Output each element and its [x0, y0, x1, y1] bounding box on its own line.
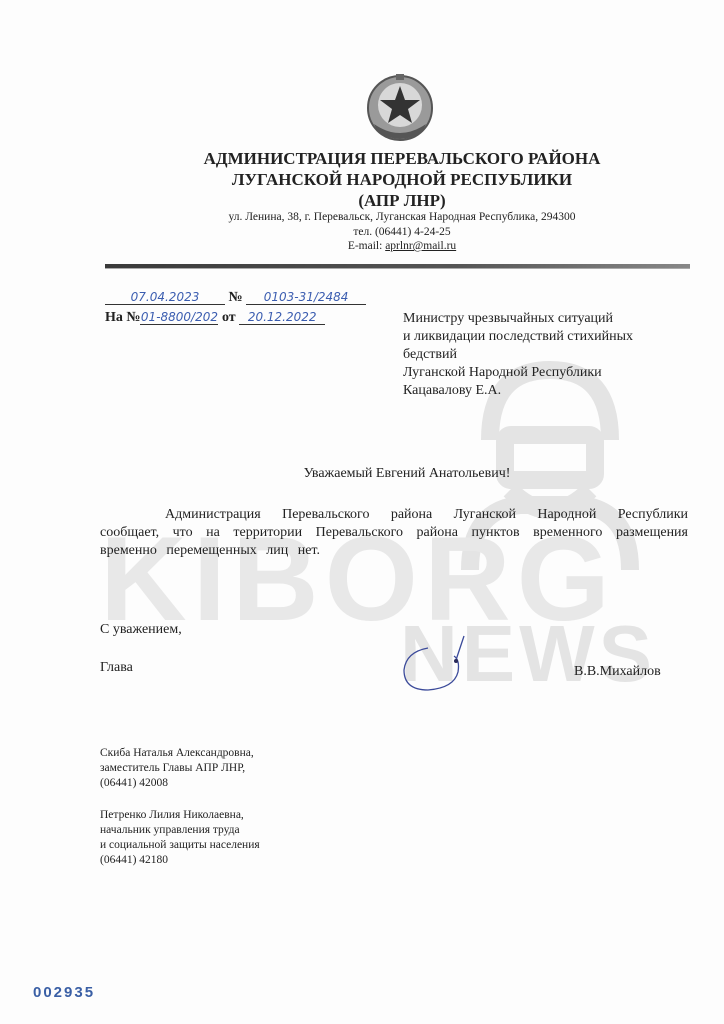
closing: С уважением,	[100, 622, 182, 638]
org-name-line2: ЛУГАНСКОЙ НАРОДНОЙ РЕСПУБЛИКИ	[0, 170, 724, 190]
contact-position: и социальной защиты населения	[100, 838, 260, 853]
incoming-reference: На №01-8800/202 от 20.12.2022	[105, 310, 325, 326]
contact-position: заместитель Главы АПР ЛНР,	[100, 761, 254, 776]
addressee-line: и ликвидации последствий стихийных	[403, 328, 633, 346]
reply-from-label: от	[222, 310, 236, 325]
org-abbreviation: (АПР ЛНР)	[0, 191, 724, 211]
addressee-line: Министру чрезвычайных ситуаций	[403, 310, 633, 328]
org-name-line1: АДМИНИСТРАЦИЯ ПЕРЕВАЛЬСКОГО РАЙОНА	[0, 149, 724, 169]
contact-person: Скиба Наталья Александровна, заместитель…	[100, 746, 254, 791]
contact-phone: (06441) 42008	[100, 776, 254, 791]
outgoing-number: 0103-31/2484	[246, 290, 366, 305]
handwritten-signature-icon	[398, 634, 478, 694]
lnr-coat-of-arms-icon	[360, 72, 440, 144]
addressee-block: Министру чрезвычайных ситуаций и ликвида…	[403, 310, 633, 400]
email-label: E-mail:	[348, 240, 385, 252]
addressee-line: Кацавалову Е.А.	[403, 382, 633, 400]
addressee-line: Луганской Народной Республики	[403, 364, 633, 382]
signer-name: В.В.Михайлов	[574, 664, 661, 680]
reply-label: На №	[105, 310, 140, 325]
letter-body: Администрация Перевальского района Луган…	[100, 506, 688, 560]
contact-name: Петренко Лилия Николаевна,	[100, 808, 260, 823]
outgoing-reference: 07.04.2023 № 0103-31/2484	[105, 290, 366, 306]
reply-number: 01-8800/202	[140, 310, 218, 325]
reply-date: 20.12.2022	[239, 310, 325, 325]
addressee-line: бедствий	[403, 346, 633, 364]
email-link[interactable]: aprlnr@mail.ru	[385, 240, 456, 252]
signer-title: Глава	[100, 660, 133, 676]
letterhead-divider	[105, 264, 690, 269]
org-email: E-mail: aprlnr@mail.ru	[0, 240, 724, 252]
registration-stamp-number: 002935	[33, 984, 95, 1001]
outgoing-date: 07.04.2023	[105, 290, 225, 305]
greeting: Уважаемый Евгений Анатольевич!	[0, 466, 724, 482]
contact-person: Петренко Лилия Николаевна, начальник упр…	[100, 808, 260, 868]
contact-position: начальник управления труда	[100, 823, 260, 838]
contact-name: Скиба Наталья Александровна,	[100, 746, 254, 761]
org-address: ул. Ленина, 38, г. Перевальск, Луганская…	[0, 211, 724, 223]
number-label: №	[229, 290, 243, 305]
contact-phone: (06441) 42180	[100, 853, 260, 868]
org-phone: тел. (06441) 4-24-25	[0, 226, 724, 238]
